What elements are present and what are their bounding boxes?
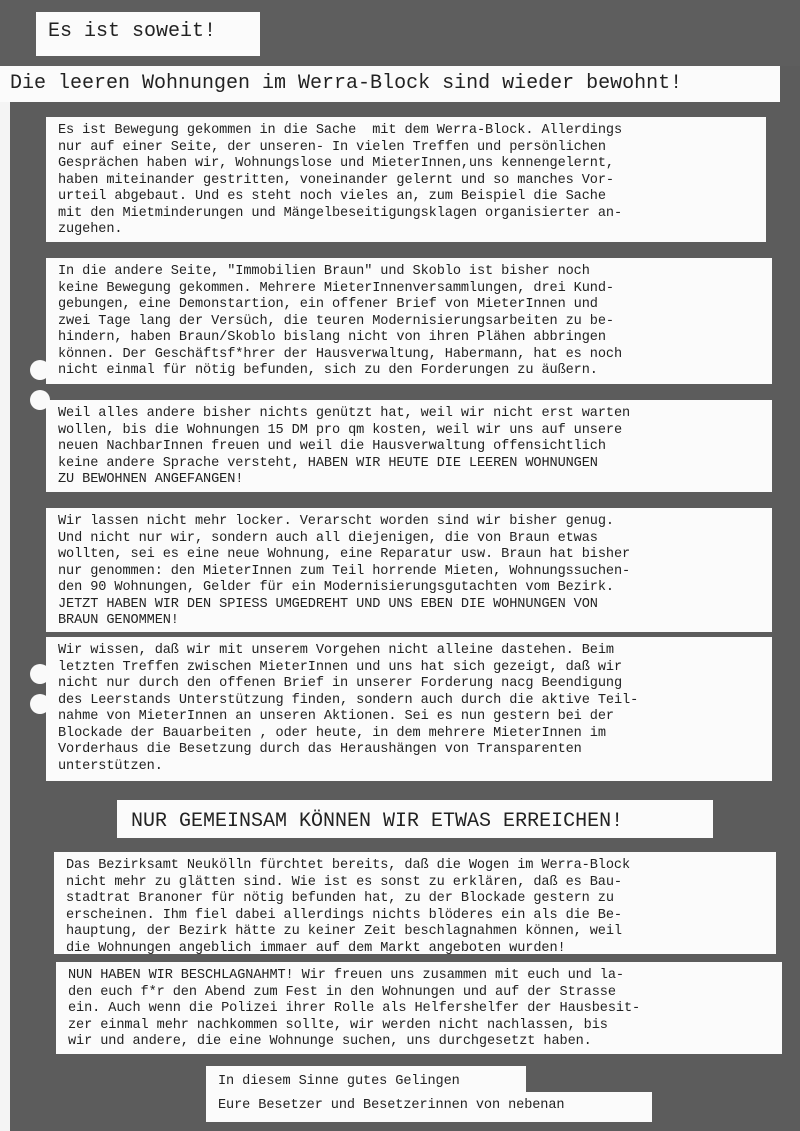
headline-text: Die leeren Wohnungen im Werra-Block sind… [10, 72, 682, 95]
headline-strip: Die leeren Wohnungen im Werra-Block sind… [0, 66, 780, 102]
punch-hole [30, 694, 50, 714]
paragraph-5: Wir wissen, daß wir mit unserem Vorgehen… [46, 637, 772, 781]
closing-line-2: Eure Besetzer und Besetzerinnen von nebe… [206, 1092, 652, 1122]
paragraph-7: NUN HABEN WIR BESCHLAGNAHMT! Wir freuen … [56, 962, 782, 1054]
slogan-strip: NUR GEMEINSAM KÖNNEN WIR ETWAS ERREICHEN… [117, 800, 713, 838]
paragraph-4: Wir lassen nicht mehr locker. Verarscht … [46, 508, 772, 632]
paragraph-3: Weil alles andere bisher nichts genützt … [46, 400, 772, 492]
kicker-text: Es ist soweit! [48, 20, 216, 43]
paragraph-6: Das Bezirksamt Neukölln fürchtet bereits… [54, 852, 776, 954]
kicker-strip: Es ist soweit! [36, 12, 260, 56]
slogan-text: NUR GEMEINSAM KÖNNEN WIR ETWAS ERREICHEN… [131, 810, 623, 833]
paragraph-1: Es ist Bewegung gekommen in die Sache mi… [46, 117, 766, 242]
punch-hole [30, 360, 50, 380]
paragraph-2: In die andere Seite, "Immobilien Braun" … [46, 258, 772, 384]
punch-hole [30, 664, 50, 684]
